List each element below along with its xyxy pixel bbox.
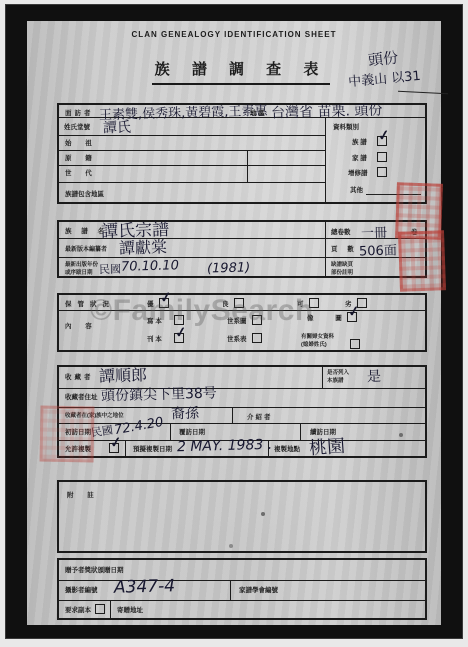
area-label: 地 區	[250, 108, 265, 117]
form-content: CLAN GENEALOGY IDENTIFICATION SHEET 族 譜 …	[0, 0, 468, 647]
section-volume: 族 譜 名 譚氏宗譜 總卷數 一冊 卷 最新版本編纂者 譚獻棠 頁 數 506面…	[57, 220, 427, 278]
pages-label: 頁 數	[331, 244, 358, 253]
page-title: 族 譜 調 查 表	[152, 58, 330, 85]
area-value: 台灣省 苗栗. 頭份	[271, 100, 383, 123]
surname-hall-label: 姓氏堂號	[64, 122, 90, 131]
category-jiapu-checkbox	[377, 152, 387, 162]
missing-label-2: 部份註明	[331, 268, 353, 276]
category-zupu-label: 族 譜	[352, 137, 367, 146]
origin-label: 原 籍	[65, 153, 98, 162]
award-date-label: 贈予者獎狀頒贈日期	[65, 565, 124, 574]
copy-place-value: 桃園	[308, 432, 346, 460]
printed-label: 刊 本	[147, 334, 162, 343]
copy-date-label: 預擬複製日期	[133, 444, 172, 453]
section-notes: 附 註	[57, 480, 427, 553]
english-header: CLAN GENEALOGY IDENTIFICATION SHEET	[0, 30, 468, 39]
pedigree-table-checkbox	[252, 333, 262, 343]
category-zupu-checkbox: ✓	[377, 136, 387, 146]
pubdate-value: 70.10.10	[121, 258, 179, 275]
pubdate-label-1: 最新出版年份	[65, 260, 98, 268]
introducer-label: 介紹者	[247, 412, 273, 421]
copy-date-value: 2 MAY. 1983 .	[177, 437, 273, 455]
category-other-label: 其他	[350, 185, 363, 194]
address-value: 頭份鎮尖下里38号	[101, 382, 217, 405]
red-seal-stamp-lower	[398, 230, 446, 292]
listed-value: 是	[367, 366, 382, 386]
missing-label-1: 缺譜缺頁	[331, 260, 353, 268]
section-survey: 面訪者 王素雙,侯秀珠,黃碧霞,王素惠 地 區 台灣省 苗栗. 頭份 姓氏堂號 …	[57, 103, 427, 204]
pages-value: 506面	[359, 240, 397, 260]
interviewer-label: 面訪者	[65, 108, 94, 117]
mailing-address-label: 寄贈地址	[117, 605, 143, 614]
copy-request-checkbox	[95, 604, 105, 614]
coverage-label: 族譜包含地區	[65, 189, 104, 198]
scanned-genealogy-form: CLAN GENEALOGY IDENTIFICATION SHEET 族 譜 …	[0, 0, 468, 647]
portraits-checkbox: ✓	[347, 312, 357, 322]
permit-checkbox: ✓	[109, 443, 119, 453]
annotation-underline	[398, 91, 448, 95]
annotation-line2: 中義山 以31	[347, 65, 421, 90]
printed-checkbox: ✓	[174, 333, 184, 343]
copy-request-label: 要求副本	[65, 605, 91, 614]
photographer-label: 攝影者編號	[65, 585, 98, 594]
listed-label-1: 是否列入	[327, 368, 349, 376]
society-number-label: 家譜學會編號	[239, 585, 278, 594]
scan-specks	[0, 0, 2, 2]
section-holder: 收藏者 譚順郎 是否列入 本族譜 是 收藏者住址 頭份鎮尖下里38号 收藏者在(…	[57, 365, 427, 458]
portraits-label: 像 圖	[307, 313, 352, 322]
category-zengxiupu-checkbox	[377, 167, 387, 177]
compiler-value: 譚獻棠	[119, 234, 168, 258]
volumes-label: 總卷數	[331, 227, 351, 236]
category-zengxiupu-label: 增修譜	[348, 168, 368, 177]
holder-label: 收藏者	[65, 372, 94, 381]
familysearch-watermark: ©FamilySearch	[90, 294, 314, 328]
generations-label: 世 代	[65, 168, 98, 177]
red-seal-stamp-left	[40, 406, 95, 463]
volumes-value: 一冊	[361, 222, 388, 242]
category-jiapu-label: 家 譜	[352, 153, 367, 162]
compiler-label: 最新版本編纂者	[65, 244, 107, 253]
category-title: 資料類別	[333, 122, 359, 131]
address-label: 收藏者住址	[65, 392, 98, 401]
women-data-checkbox	[350, 339, 360, 349]
women-data-label-2: (媳婦姓氏)	[301, 340, 327, 348]
notes-label: 附 註	[67, 490, 100, 499]
holder-value: 譚順郎	[99, 362, 148, 386]
position-value: 裔孫	[171, 403, 200, 424]
revisit-label: 覆訪日期	[179, 427, 205, 436]
surname-hall-value: 譚氏	[103, 117, 132, 138]
copy-place-label: 複製地點	[274, 444, 300, 453]
pubdate-western: (1981)	[207, 260, 251, 276]
photographer-value: A347-4	[114, 576, 176, 598]
section-admin: 贈予者獎狀頒贈日期 攝影者編號 A347-4 家譜學會編號 要求副本 寄贈地址	[57, 558, 427, 620]
founder-label: 始 祖	[65, 138, 98, 147]
check-mark: ✓	[377, 127, 391, 142]
listed-label-2: 本族譜	[327, 376, 344, 384]
pedigree-table-label: 世系表	[227, 334, 247, 343]
pubdate-era: 民國	[99, 261, 121, 278]
pubdate-label-2: 或序跋日期	[65, 268, 93, 276]
women-data-label-1: 有關婦女資料	[301, 332, 334, 340]
